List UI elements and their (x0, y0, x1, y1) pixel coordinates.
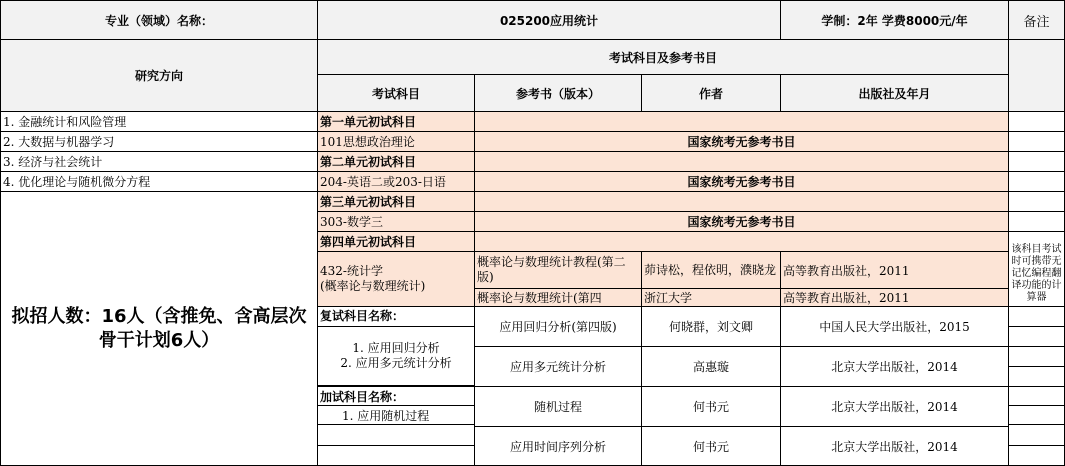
unit-2-subject: 204-英语二或203-日语 (317, 171, 475, 192)
retest-publisher-1: 中国人民大学出版社，2015 (780, 306, 1009, 347)
col-exam-subject: 考试科目 (317, 74, 475, 112)
remark-empty (1008, 366, 1065, 387)
unit-4-publisher-2: 高等教育出版社，2011 (780, 288, 1009, 307)
unit-4-blank (474, 231, 1009, 252)
extra-book-2: 应用时间序列分析 (474, 426, 642, 466)
major-value: 025200应用统计 (317, 0, 781, 40)
remark-empty (1008, 405, 1065, 425)
extra-title: 加试科目名称： (317, 386, 475, 406)
remark-empty (1008, 211, 1065, 232)
unit-4-subject: 432-统计学 (概率论与数理统计) (317, 251, 475, 307)
remark-empty (1008, 111, 1065, 132)
extra-blank (317, 445, 475, 466)
unit-4-remark: 该科目考试时可携带无记忆编程翻译功能的计算器 (1008, 231, 1065, 307)
retest-publisher-2: 北京大学出版社，2014 (780, 346, 1009, 387)
unit-1-blank (474, 111, 1009, 132)
extra-publisher-2: 北京大学出版社，2014 (780, 426, 1009, 466)
retest-book-2: 应用多元统计分析 (474, 346, 642, 387)
remark-empty (1008, 424, 1065, 446)
unit-2-book-note: 国家统考无参考书目 (474, 171, 1009, 192)
remark-empty (1008, 445, 1065, 466)
remarks-header: 备注 (1008, 0, 1065, 40)
remark-empty (1008, 306, 1065, 327)
retest-subjects: 1. 应用回归分析 2. 应用多元统计分析 (317, 326, 475, 386)
retest-title: 复试科目名称： (317, 306, 475, 327)
unit-4-publisher-1: 高等教育出版社，2011 (780, 251, 1009, 289)
unit-3-book-note: 国家统考无参考书目 (474, 211, 1009, 232)
unit-2-title: 第二单元初试科目 (317, 151, 475, 172)
duration-fee: 学制：2年 学费8000元/年 (780, 0, 1009, 40)
direction-4: 4. 优化理论与随机微分方程 (0, 171, 318, 192)
major-label: 专业（领域）名称： (0, 0, 318, 40)
col-publisher: 出版社及年月 (780, 74, 1009, 112)
direction-2: 2. 大数据与机器学习 (0, 131, 318, 152)
unit-4-author-2: 浙江大学 (641, 288, 781, 307)
unit-4-book-1: 概率论与数理统计教程(第二版) (474, 251, 642, 289)
unit-3-title: 第三单元初试科目 (317, 191, 475, 212)
remark-empty (1008, 346, 1065, 367)
col-reference-book: 参考书（版本） (474, 74, 642, 112)
extra-subjects: 1. 应用随机过程 (317, 405, 475, 425)
extra-author-2: 何书元 (641, 426, 781, 466)
extra-author-1: 何书元 (641, 386, 781, 427)
direction-3: 3. 经济与社会统计 (0, 151, 318, 172)
remark-empty (1008, 326, 1065, 347)
extra-blank (317, 424, 475, 446)
unit-3-blank (474, 191, 1009, 212)
unit-4-book-2: 概率论与数理统计(第四 (474, 288, 642, 307)
remarks-cell (1008, 39, 1065, 112)
unit-1-title: 第一单元初试科目 (317, 111, 475, 132)
remark-empty (1008, 191, 1065, 212)
unit-2-blank (474, 151, 1009, 172)
remark-empty (1008, 386, 1065, 406)
remark-empty (1008, 171, 1065, 192)
direction-1: 1. 金融统计和风险管理 (0, 111, 318, 132)
retest-book-1: 应用回归分析(第四版) (474, 306, 642, 347)
enrollment-count: 拟招人数：16人（含推免、含高层次骨干计划6人） (0, 191, 318, 466)
retest-author-1: 何晓群，刘文卿 (641, 306, 781, 347)
unit-4-author-1: 茆诗松，程依明，濮晓龙 (641, 251, 781, 289)
remark-empty (1008, 131, 1065, 152)
retest-author-2: 高惠璇 (641, 346, 781, 387)
unit-3-subject: 303-数学三 (317, 211, 475, 232)
research-direction-header: 研究方向 (0, 39, 318, 112)
remark-empty (1008, 151, 1065, 172)
col-author: 作者 (641, 74, 781, 112)
unit-1-book-note: 国家统考无参考书目 (474, 131, 1009, 152)
unit-1-subject: 101思想政治理论 (317, 131, 475, 152)
extra-publisher-1: 北京大学出版社，2014 (780, 386, 1009, 427)
exam-subjects-books-header: 考试科目及参考书目 (317, 39, 1009, 75)
unit-4-title: 第四单元初试科目 (317, 231, 475, 252)
extra-book-1: 随机过程 (474, 386, 642, 427)
